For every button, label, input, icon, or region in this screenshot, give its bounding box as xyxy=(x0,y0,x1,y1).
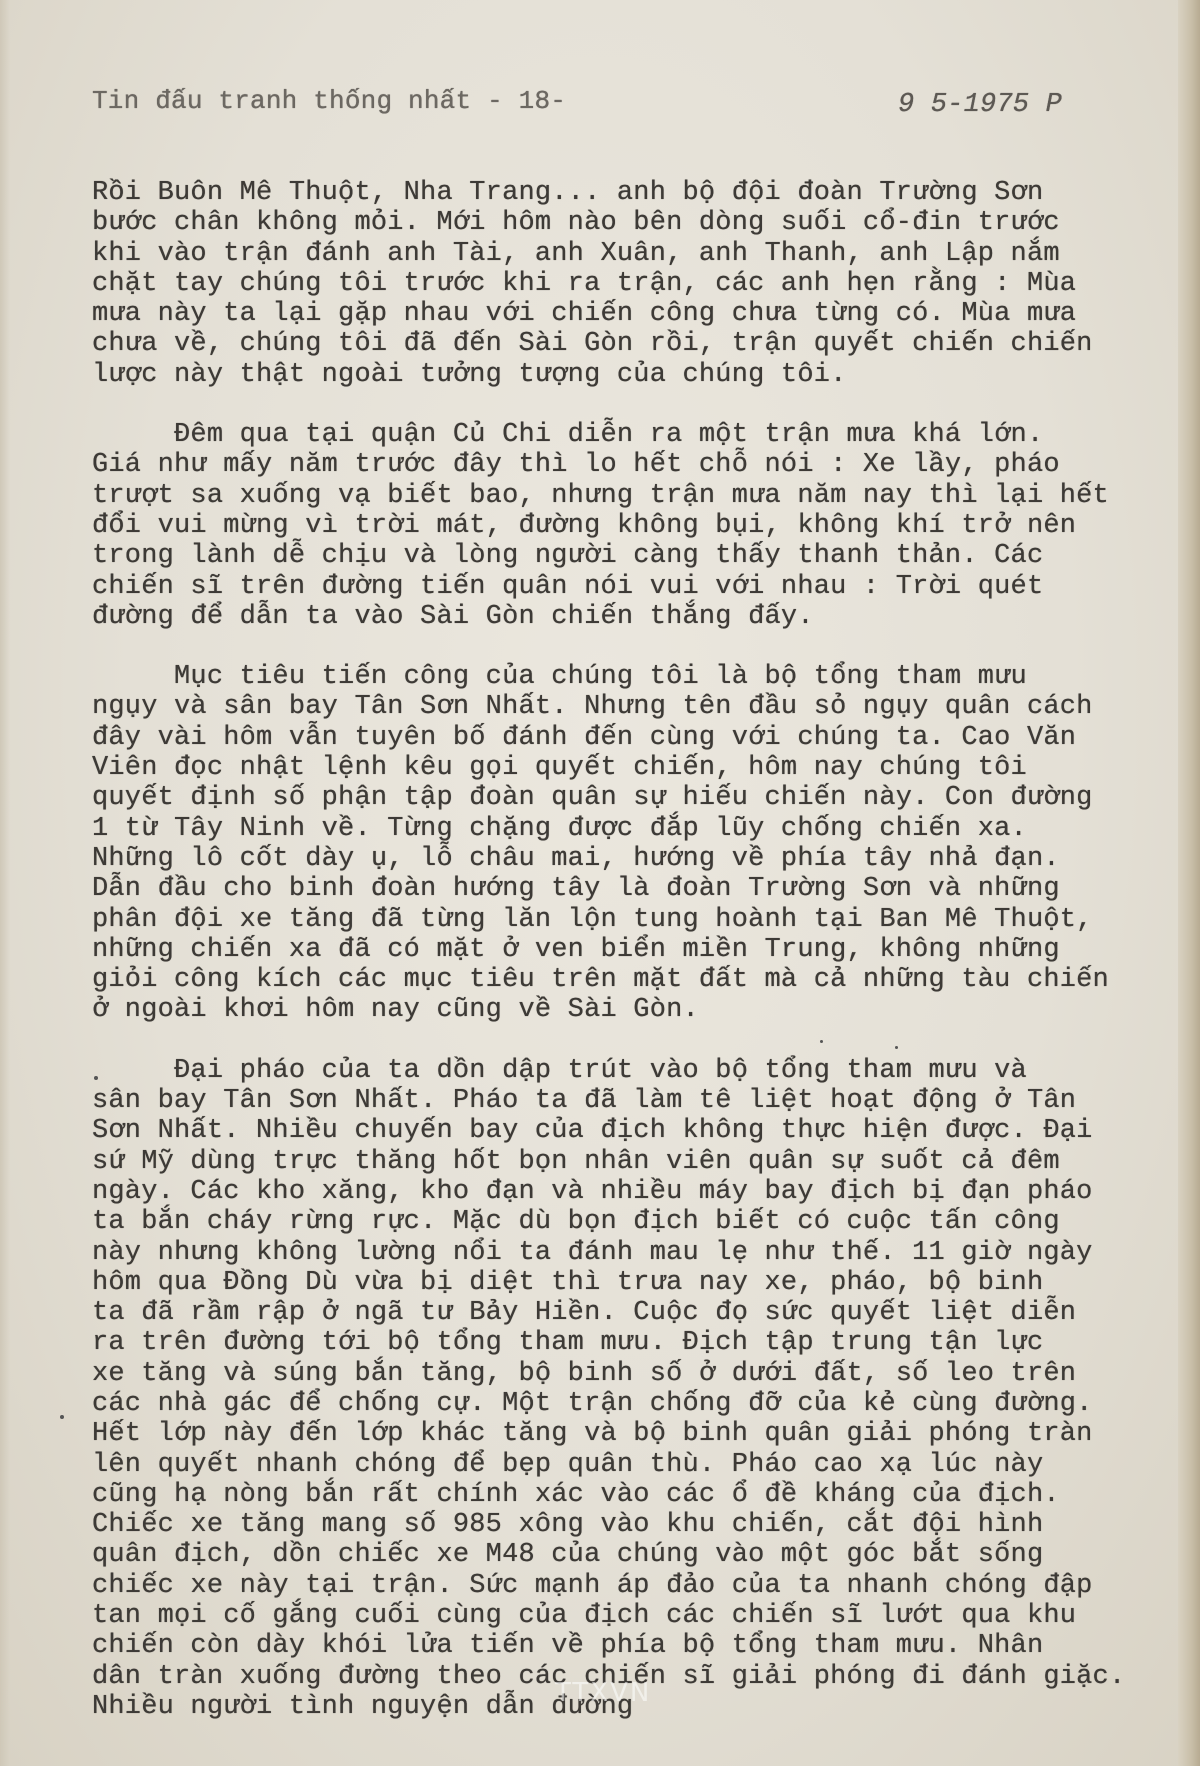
document-page: Tin đấu tranh thống nhất - 18- 9 5-1975 … xyxy=(0,0,1200,1766)
text-line: Chiếc xe tăng mang số 985 xông vào khu c… xyxy=(92,1510,1182,1540)
ink-dot xyxy=(94,1076,98,1080)
paragraph: Đêm qua tại quận Củ Chi diễn ra một trận… xyxy=(92,420,1182,632)
text-line: xe tăng và súng bắn tăng, bộ binh số ở d… xyxy=(92,1359,1182,1389)
text-line: Những lô cốt dày ụ, lỗ châu mai, hướng v… xyxy=(92,844,1182,874)
text-line: chiến sĩ trên đường tiến quân nói vui vớ… xyxy=(92,572,1182,602)
text-line: ngày. Các kho xăng, kho đạn và nhiều máy… xyxy=(92,1177,1182,1207)
text-line: hôm qua Đồng Dù vừa bị diệt thì trưa nay… xyxy=(92,1268,1182,1298)
text-line: ra trên đường tới bộ tổng tham mưu. Địch… xyxy=(92,1328,1182,1358)
text-line: Sơn Nhất. Nhiều chuyến bay của địch khôn… xyxy=(92,1116,1182,1146)
text-line: lên quyết nhanh chóng để bẹp quân thù. P… xyxy=(92,1450,1182,1480)
text-line: đường để dẫn ta vào Sài Gòn chiến thắng … xyxy=(92,602,1182,632)
paragraph: Mục tiêu tiến công của chúng tôi là bộ t… xyxy=(92,662,1182,1026)
text-line: quyết định số phận tập đoàn quân sự hiếu… xyxy=(92,783,1182,813)
text-line: ta bắn cháy rừng rực. Mặc dù bọn địch bi… xyxy=(92,1207,1182,1237)
text-line: chưa về, chúng tôi đã đến Sài Gòn rồi, t… xyxy=(92,329,1182,359)
text-line: cũng hạ nòng bắn rất chính xác vào các ổ… xyxy=(92,1480,1182,1510)
header-title: Tin đấu tranh thống nhất - 18- xyxy=(92,86,566,116)
text-line: Giá như mấy năm trước đây thì lo hết chỗ… xyxy=(92,450,1182,480)
text-line: chiến còn dày khói lửa tiến về phía bộ t… xyxy=(92,1631,1182,1661)
ink-dot xyxy=(820,1040,823,1043)
text-line: 1 từ Tây Ninh về. Từng chặng được đắp lũ… xyxy=(92,814,1182,844)
text-line: ngụy và sân bay Tân Sơn Nhất. Nhưng tên … xyxy=(92,692,1182,722)
watermark: TTXVN xyxy=(555,1678,651,1708)
text-line: trong lành dễ chịu và lòng người càng th… xyxy=(92,541,1182,571)
text-line: ta đã rầm rập ở ngã tư Bảy Hiền. Cuộc đọ… xyxy=(92,1298,1182,1328)
text-line: trượt sa xuống vạ biết bao, nhưng trận m… xyxy=(92,481,1182,511)
text-line: Đại pháo của ta dồn dập trút vào bộ tổng… xyxy=(92,1056,1182,1086)
text-line: bước chân không mỏi. Mới hôm nào bên dòn… xyxy=(92,208,1182,238)
text-line: khi vào trận đánh anh Tài, anh Xuân, anh… xyxy=(92,239,1182,269)
text-line: Mục tiêu tiến công của chúng tôi là bộ t… xyxy=(92,662,1182,692)
text-line: sân bay Tân Sơn Nhất. Pháo ta đã làm tê … xyxy=(92,1086,1182,1116)
text-line: sứ Mỹ dùng trực thăng hốt bọn nhân viên … xyxy=(92,1147,1182,1177)
text-line: đây vài hôm vẫn tuyên bố đánh đến cùng v… xyxy=(92,723,1182,753)
text-line: Đêm qua tại quận Củ Chi diễn ra một trận… xyxy=(92,420,1182,450)
ink-dot xyxy=(895,1046,898,1049)
text-line: các nhà gác để chống cự. Một trận chống … xyxy=(92,1389,1182,1419)
text-line: Viên đọc nhật lệnh kêu gọi quyết chiến, … xyxy=(92,753,1182,783)
text-line: chặt tay chúng tôi trước khi ra trận, cá… xyxy=(92,269,1182,299)
header-date: 9 5-1975 P xyxy=(898,90,1062,120)
text-line: giỏi công kích các mục tiêu trên mặt đất… xyxy=(92,965,1182,995)
document-body: Rồi Buôn Mê Thuột, Nha Trang... anh bộ đ… xyxy=(92,178,1182,1752)
paragraph: Đại pháo của ta dồn dập trút vào bộ tổng… xyxy=(92,1056,1182,1723)
text-line: Dẫn đầu cho binh đoàn hướng tây là đoàn … xyxy=(92,874,1182,904)
text-line: ở ngoài khơi hôm nay cũng về Sài Gòn. xyxy=(92,995,1182,1025)
paragraph: Rồi Buôn Mê Thuột, Nha Trang... anh bộ đ… xyxy=(92,178,1182,390)
document-header: Tin đấu tranh thống nhất - 18- 9 5-1975 … xyxy=(92,86,1120,126)
text-line: này nhưng không lường nổi ta đánh mau lẹ… xyxy=(92,1238,1182,1268)
text-line: mưa này ta lại gặp nhau với chiến công c… xyxy=(92,299,1182,329)
text-line: phân đội xe tăng đã từng lăn lộn tung ho… xyxy=(92,905,1182,935)
text-line: những chiến xa đã có mặt ở ven biển miền… xyxy=(92,935,1182,965)
text-line: Hết lớp này đến lớp khác tăng và bộ binh… xyxy=(92,1419,1182,1449)
text-line: Rồi Buôn Mê Thuột, Nha Trang... anh bộ đ… xyxy=(92,178,1182,208)
page-shadow-left xyxy=(0,0,10,1766)
text-line: quân địch, dồn chiếc xe M48 của chúng và… xyxy=(92,1540,1182,1570)
ink-dot xyxy=(60,1415,64,1419)
text-line: tan mọi cố gắng cuối cùng của địch các c… xyxy=(92,1601,1182,1631)
text-line: lược này thật ngoài tưởng tượng của chún… xyxy=(92,360,1182,390)
text-line: đổi vui mừng vì trời mát, đường không bụ… xyxy=(92,511,1182,541)
text-line: chiếc xe này tại trận. Sức mạnh áp đảo c… xyxy=(92,1571,1182,1601)
